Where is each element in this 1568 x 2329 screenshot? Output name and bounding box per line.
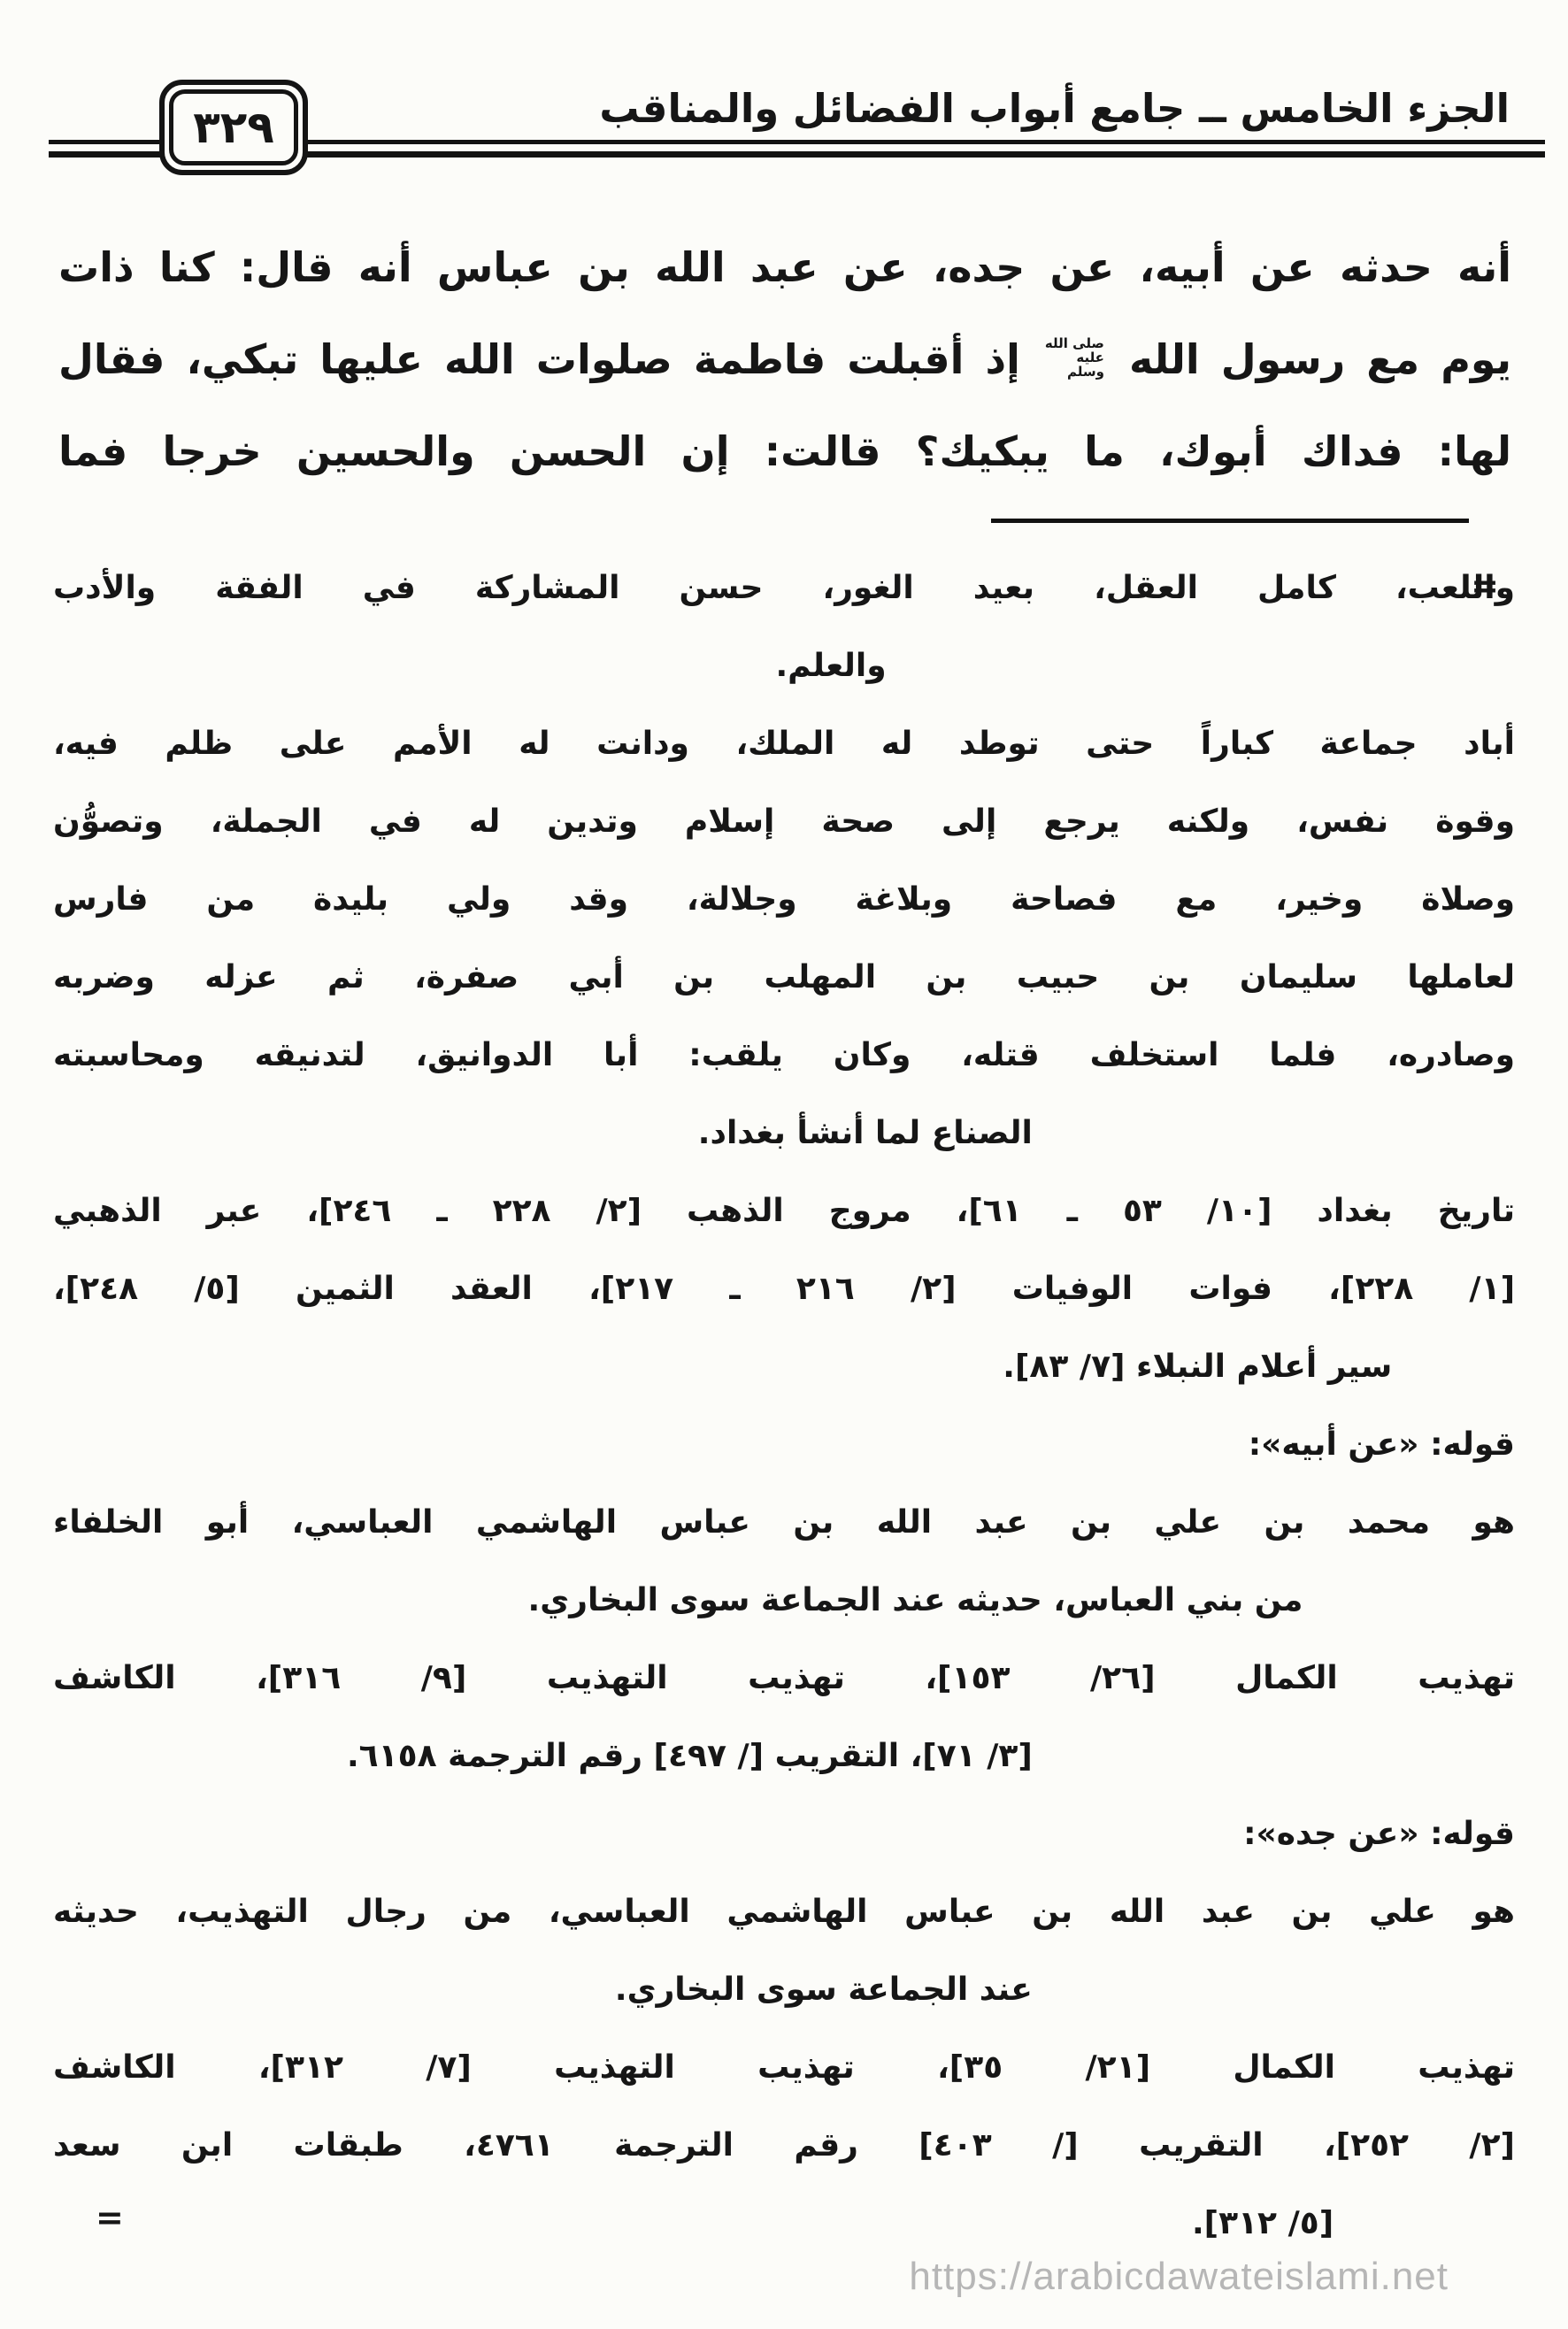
footnote-line: واللعب، كامل العقل، بعيد الغور، حسن المش… [53,550,1515,627]
pbuh-calligraphy: صلى اللهعليهوسلم [1041,336,1108,379]
hadith-line: يوم مع رسول الله صلى اللهعليهوسلم إذ أقب… [58,313,1511,405]
footnote-heading: قوله: «عن أبيه»: [53,1406,1515,1484]
hadith-line: أنه حدثه عن أبيه، عن جده، عن عبد الله بن… [58,221,1511,313]
footnote-line: تهذيب الكمال [٢٦/ ١٥٣]، تهذيب التهذيب [٩… [53,1640,1515,1718]
footnote-separator [991,519,1469,523]
footnote-line: تهذيب الكمال [٢١/ ٣٥]، تهذيب التهذيب [٧/… [53,2029,1515,2107]
footnote-line: وصادره، فلما استخلف قتله، وكان يلقب: أبا… [53,1017,1515,1095]
scanned-book-page: الجزء الخامس ــ جامع أبواب الفضائل والمن… [0,0,1568,2329]
hadith-line-text: أنه حدثه عن أبيه، عن جده، عن عبد الله بن… [58,243,1511,291]
footnote-line: هو علي بن عبد الله بن عباس الهاشمي العبا… [53,1873,1515,1951]
footnote-line: [١/ ٢٢٨]، فوات الوفيات [٢/ ٢١٦ ـ ٢١٧]، ا… [53,1250,1515,1328]
footnote-heading: قوله: «عن جده»: [53,1795,1515,1873]
footnote-line: هو محمد بن علي بن عبد الله بن عباس الهاش… [53,1484,1515,1562]
footnote-line: من بني العباس، حديثه عند الجماعة سوى الب… [53,1562,1303,1640]
footnote-line: تاريخ بغداد [١٠/ ٥٣ ـ ٦١]، مروج الذهب [٢… [53,1172,1515,1250]
footnote-block: واللعب، كامل العقل، بعيد الغور، حسن المش… [53,550,1515,2263]
footnote-line: وصلاة وخير، مع فصاحة وبلاغة وجلالة، وقد … [53,861,1515,939]
footnote-line: أباد جماعة كباراً حتى توطد له الملك، ودا… [53,705,1515,783]
footnote-line: وقوة نفس، ولكنه يرجع إلى صحة إسلام وتدين… [53,783,1515,861]
footnote-line: لعاملها سليمان بن حبيب بن المهلب بن أبي … [53,939,1515,1017]
hadith-line-text: لها: فداك أبوك، ما يبكيك؟ قالت: إن الحسن… [58,427,1511,475]
footnote-line: الصناع لما أنشأ بغداد. [53,1095,1033,1172]
hadith-line: لها: فداك أبوك، ما يبكيك؟ قالت: إن الحسن… [58,405,1511,497]
footnote-line: عند الجماعة سوى البخاري. [53,1951,1033,2029]
hadith-line-text: إذ أقبلت فاطمة صلوات الله عليها تبكي، فق… [58,335,1020,383]
footnote-line: [٣/ ٧١]، التقريب [/ ٤٩٧] رقم الترجمة ٦١٥… [53,1718,1033,1795]
watermark-url: https://arabicdawateislami.net [909,2255,1449,2299]
page-title: الجزء الخامس ــ جامع أبواب الفضائل والمن… [599,85,1510,132]
footnote-line: [٢/ ٢٥٢]، التقريب [/ ٤٠٣] رقم الترجمة ٤٧… [53,2107,1515,2185]
footnote-line: سير أعلام النبلاء [٧/ ٨٣]. [53,1328,1392,1406]
hadith-line-text: يوم مع رسول الله [1129,335,1511,383]
footnote-line: [٥/ ٣١٢]. [53,2185,1334,2263]
page-number-badge: ٣٢٩ [159,80,308,175]
hadith-text-block: أنه حدثه عن أبيه، عن جده، عن عبد الله بن… [58,221,1511,497]
footnote-line: والعلم. [53,627,887,705]
page-number: ٣٢٩ [169,89,298,165]
